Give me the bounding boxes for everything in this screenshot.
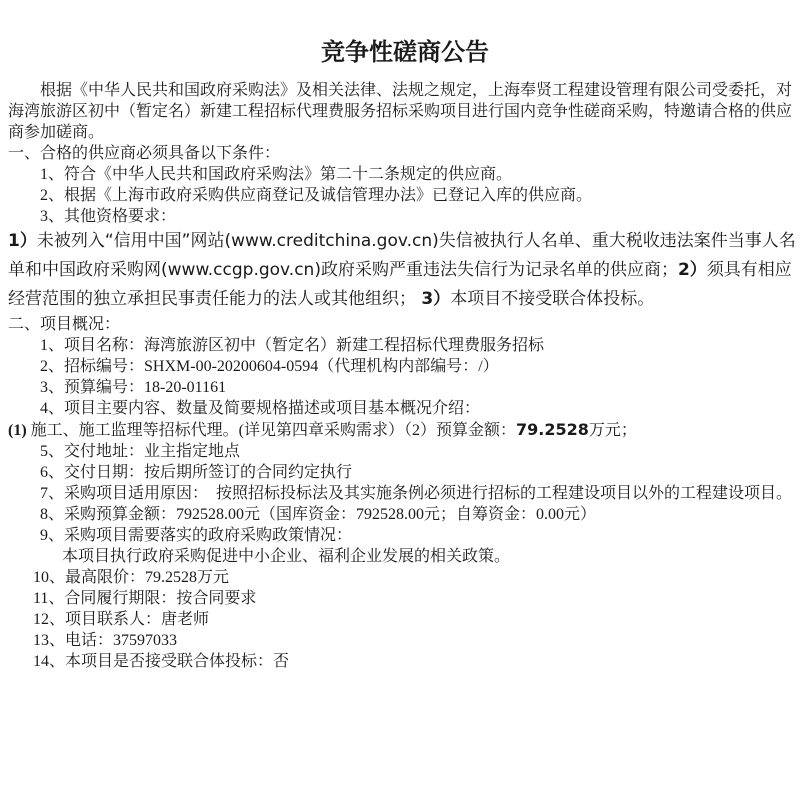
announcement-page: 竞争性磋商公告 根据《中华人民共和国政府采购法》及相关法律、法规之规定，上海奉贤…: [0, 0, 810, 793]
section-1-heading: 一、合格的供应商必须具备以下条件：: [8, 143, 802, 164]
text-segment: 本项目不接受联合体投标。: [450, 289, 654, 309]
project-item-4: 4、项目主要内容、数量及简要规格描述或项目基本概况介绍：: [8, 398, 802, 419]
project-item-11: 11、合同履行期限：按合同要求: [8, 588, 802, 609]
project-item-3: 3、预算编号：18-20-01161: [8, 377, 802, 398]
project-item-12: 12、项目联系人：唐老师: [8, 609, 802, 630]
project-item-1: 1、项目名称：海湾旅游区初中（暂定名）新建工程招标代理费服务招标: [8, 335, 802, 356]
text-segment: 79.2528: [516, 420, 589, 439]
text-segment: (1): [8, 422, 31, 439]
project-item-13: 13、电话：37597033: [8, 630, 802, 651]
announcement-body: 根据《中华人民共和国政府采购法》及相关法律、法规之规定，上海奉贤工程建设管理有限…: [8, 80, 802, 672]
text-segment: 3）: [421, 289, 450, 309]
project-item-6: 6、交付日期：按后期所签订的合同约定执行: [8, 462, 802, 483]
condition-item-1: 1、符合《中华人民共和国政府采购法》第二十二条规定的供应商。: [8, 164, 802, 185]
text-segment: 施工、施工监理等招标代理。(详见第四章采购需求）（2）预算金额：: [31, 422, 516, 439]
other-qualification-block: 1）未被列入“信用中国”网站(www.creditchina.gov.cn)失信…: [8, 227, 802, 314]
section-2-heading: 二、项目概况：: [8, 314, 802, 335]
page-title: 竞争性磋商公告: [8, 36, 802, 68]
condition-item-3: 3、其他资格要求：: [8, 206, 802, 227]
project-item-2: 2、招标编号：SHXM-00-20200604-0594（代理机构内部编号：/）: [8, 356, 802, 377]
project-item-7: 7、采购项目适用原因： 按照招标投标法及其实施条例必须进行招标的工程建设项目以外…: [8, 483, 802, 504]
condition-item-2: 2、根据《上海市政府采购供应商登记及诚信管理办法》已登记入库的供应商。: [8, 185, 802, 206]
project-item-9: 9、采购项目需要落实的政府采购政策情况：: [8, 525, 802, 546]
project-item-5: 5、交付地址：业主指定地点: [8, 441, 802, 462]
text-segment: 1）: [8, 231, 37, 251]
intro-paragraph: 根据《中华人民共和国政府采购法》及相关法律、法规之规定，上海奉贤工程建设管理有限…: [8, 80, 802, 143]
policy-note: 本项目执行政府采购促进中小企业、福利企业发展的相关政策。: [8, 546, 802, 567]
project-item-14: 14、本项目是否接受联合体投标：否: [8, 651, 802, 672]
text-segment: 万元；: [589, 422, 637, 439]
project-item-8: 8、采购预算金额：792528.00元（国库资金：792528.00元；自筹资金…: [8, 504, 802, 525]
project-content-block: (1) 施工、施工监理等招标代理。(详见第四章采购需求）（2）预算金额：79.2…: [8, 419, 802, 441]
project-item-10: 10、最高限价：79.2528万元: [8, 567, 802, 588]
text-segment: 2）: [678, 260, 707, 280]
